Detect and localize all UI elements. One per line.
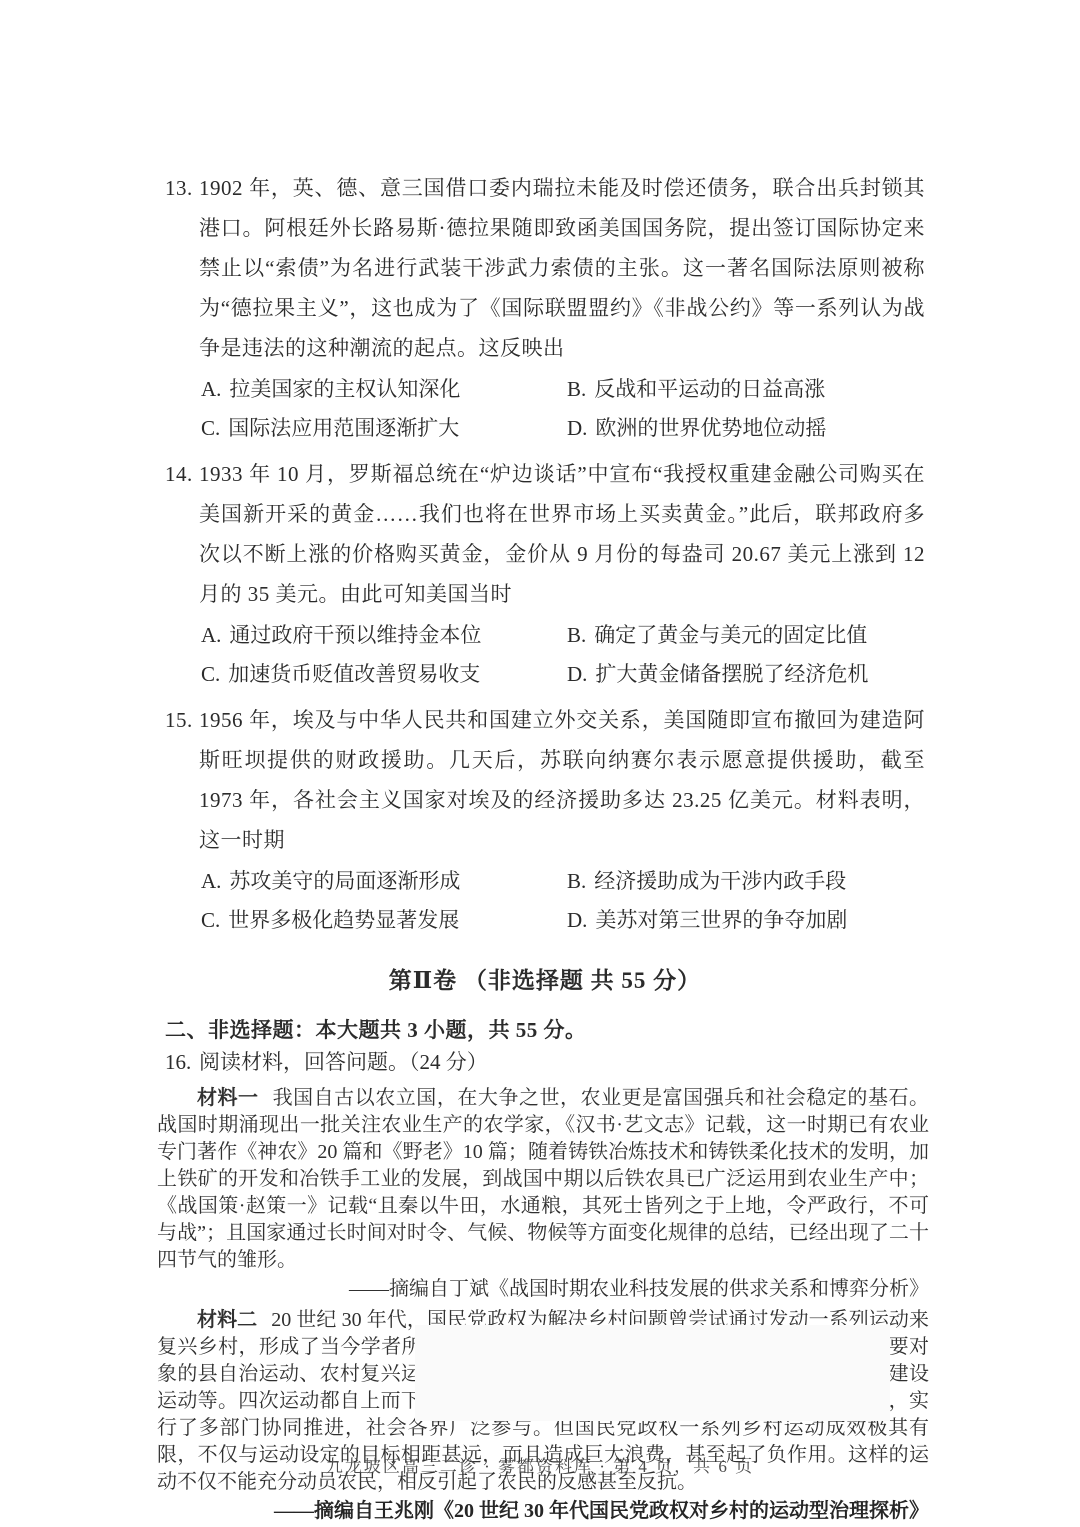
option-label: B. xyxy=(567,623,586,647)
question-14-option-d: D.扩大黄金储备摆脱了经济危机 xyxy=(567,655,925,694)
question-15-option-c: C.世界多极化趋势显著发展 xyxy=(201,901,567,940)
material-1-label: 材料一 xyxy=(197,1087,259,1109)
option-label: A. xyxy=(201,377,221,401)
option-text: 经济援助成为干涉内政手段 xyxy=(594,869,846,893)
material-2-label: 材料二 xyxy=(197,1309,257,1331)
option-text: 美苏对第三世界的争夺加剧 xyxy=(595,908,847,932)
option-text: 确定了黄金与美元的固定比值 xyxy=(594,623,867,647)
question-14: 14. 1933 年 10 月，罗斯福总统在“炉边谈话”中宣布“我授权重建金融公… xyxy=(165,454,925,700)
option-text: 国际法应用范围逐渐扩大 xyxy=(228,416,459,440)
option-label: D. xyxy=(567,662,587,686)
option-label: A. xyxy=(201,869,221,893)
question-13-number: 13. xyxy=(165,168,193,208)
material-1-paragraph: 材料一我国自古以农立国，在大争之世，农业更是富国强兵和社会稳定的基石。战国时期涌… xyxy=(157,1085,929,1274)
question-15-stem: 15. 1956 年，埃及与中华人民共和国建立外交关系，美国随即宣布撤回为建造阿… xyxy=(165,700,925,860)
option-text: 世界多极化趋势显著发展 xyxy=(228,908,459,932)
question-14-text: 1933 年 10 月，罗斯福总统在“炉边谈话”中宣布“我授权重建金融公司购买在… xyxy=(199,462,925,606)
section-2-title: 第Ⅱ卷 （非选择题 共 55 分） xyxy=(165,962,925,995)
question-15-option-a: A.苏攻美守的局面逐渐形成 xyxy=(201,862,567,901)
page-footer: 九龙坡区高三二诊 · 雾都资料库 · 第 4 页，共 6 页 xyxy=(0,1452,1080,1477)
question-15-number: 15. xyxy=(165,700,193,740)
option-label: C. xyxy=(201,662,220,686)
scan-shadow-artifact xyxy=(415,1325,890,1421)
option-label: B. xyxy=(567,869,586,893)
section-2-heading: 二、非选择题：本大题共 3 小题，共 55 分。 xyxy=(165,1015,925,1045)
question-15: 15. 1956 年，埃及与中华人民共和国建立外交关系，美国随即宣布撤回为建造阿… xyxy=(165,700,925,946)
material-1-source: ——摘编自丁斌《战国时期农业科技发展的供求关系和博弈分析》 xyxy=(157,1276,929,1303)
material-1-text: 我国自古以农立国，在大争之世，农业更是富国强兵和社会稳定的基石。战国时期涌现出一… xyxy=(157,1087,929,1271)
question-14-option-b: B.确定了黄金与美元的固定比值 xyxy=(567,616,925,655)
question-16-number: 16. xyxy=(165,1047,191,1077)
question-15-option-b: B.经济援助成为干涉内政手段 xyxy=(567,862,925,901)
question-16-text: 阅读材料，回答问题。（24 分） xyxy=(199,1050,488,1074)
exam-paper-page: 13. 1902 年，英、德、意三国借口委内瑞拉未能及时偿还债务，联合出兵封锁其… xyxy=(0,0,1080,1527)
question-14-number: 14. xyxy=(165,454,193,494)
question-13-options: A.拉美国家的主权认知深化 B.反战和平运动的日益高涨 C.国际法应用范围逐渐扩… xyxy=(201,368,925,454)
option-text: 扩大黄金储备摆脱了经济危机 xyxy=(595,662,868,686)
question-15-options: A.苏攻美守的局面逐渐形成 B.经济援助成为干涉内政手段 C.世界多极化趋势显著… xyxy=(201,860,925,946)
option-text: 拉美国家的主权认知深化 xyxy=(229,377,460,401)
option-label: C. xyxy=(201,416,220,440)
question-13-option-d: D.欧洲的世界优势地位动摇 xyxy=(567,409,925,448)
question-14-stem: 14. 1933 年 10 月，罗斯福总统在“炉边谈话”中宣布“我授权重建金融公… xyxy=(165,454,925,614)
question-16-intro: 16. 阅读材料，回答问题。（24 分） xyxy=(165,1047,925,1077)
option-label: D. xyxy=(567,908,587,932)
question-15-option-d: D.美苏对第三世界的争夺加剧 xyxy=(567,901,925,940)
question-13-text: 1902 年，英、德、意三国借口委内瑞拉未能及时偿还债务，联合出兵封锁其港口。阿… xyxy=(199,176,925,360)
page-content: 13. 1902 年，英、德、意三国借口委内瑞拉未能及时偿还债务，联合出兵封锁其… xyxy=(165,168,925,1527)
option-text: 加速货币贬值改善贸易收支 xyxy=(228,662,480,686)
option-label: B. xyxy=(567,377,586,401)
option-text: 苏攻美守的局面逐渐形成 xyxy=(229,869,460,893)
material-2-source: ——摘编自王兆刚《20 世纪 30 年代国民党政权对乡村的运动型治理探析》 xyxy=(157,1498,929,1525)
question-13-option-a: A.拉美国家的主权认知深化 xyxy=(201,370,567,409)
question-14-option-c: C.加速货币贬值改善贸易收支 xyxy=(201,655,567,694)
question-13-stem: 13. 1902 年，英、德、意三国借口委内瑞拉未能及时偿还债务，联合出兵封锁其… xyxy=(165,168,925,368)
question-13: 13. 1902 年，英、德、意三国借口委内瑞拉未能及时偿还债务，联合出兵封锁其… xyxy=(165,168,925,454)
option-text: 通过政府干预以维持金本位 xyxy=(229,623,481,647)
option-text: 欧洲的世界优势地位动摇 xyxy=(595,416,826,440)
question-14-options: A.通过政府干预以维持金本位 B.确定了黄金与美元的固定比值 C.加速货币贬值改… xyxy=(201,614,925,700)
question-13-option-b: B.反战和平运动的日益高涨 xyxy=(567,370,925,409)
option-label: D. xyxy=(567,416,587,440)
question-15-text: 1956 年，埃及与中华人民共和国建立外交关系，美国随即宣布撤回为建造阿斯旺坝提… xyxy=(199,708,925,852)
option-text: 反战和平运动的日益高涨 xyxy=(594,377,825,401)
option-label: C. xyxy=(201,908,220,932)
question-13-option-c: C.国际法应用范围逐渐扩大 xyxy=(201,409,567,448)
option-label: A. xyxy=(201,623,221,647)
question-14-option-a: A.通过政府干预以维持金本位 xyxy=(201,616,567,655)
